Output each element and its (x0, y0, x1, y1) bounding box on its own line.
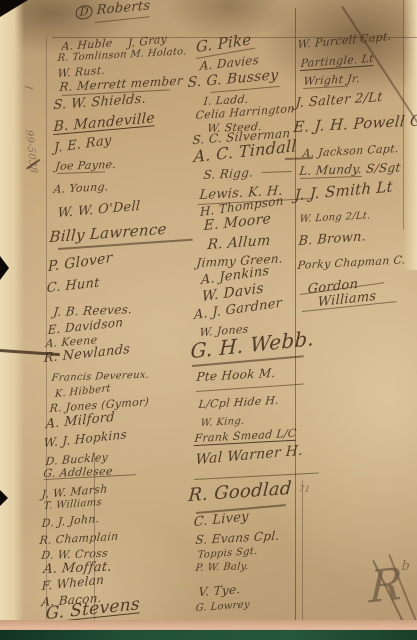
signature: R. Allum (207, 234, 271, 253)
signature: A. Young. (53, 181, 109, 195)
signature: W. W. O'Dell (57, 200, 140, 220)
signature: Partingle. Lt (300, 53, 374, 69)
signature: D. W. Cross (41, 548, 109, 561)
signature: G. Lowrey (195, 600, 250, 614)
signature: G. Addlesee (43, 466, 114, 479)
signature: R. Champlain (39, 531, 119, 546)
signature: C. Livey (194, 510, 249, 529)
signature: C. Hunt (47, 276, 100, 295)
signature: A. Jackson Capt. (302, 143, 399, 159)
signature: W. King. (200, 417, 245, 429)
photo-of-signature-sheet: D Roberts I 99-5038 A. HubleJ. GrayR. To… (0, 0, 417, 640)
table-surface (0, 630, 417, 640)
signature: R. Goodlad (188, 480, 293, 505)
signature: Wright Jr. (303, 73, 360, 87)
signature: P. W. Baly. (195, 562, 249, 574)
signature: D. J. John. (41, 513, 99, 529)
signature: J. Salter 2/Lt (295, 91, 383, 110)
signature: W. J. Hopkins (44, 428, 128, 449)
signature: B. Brown. (298, 230, 367, 248)
header-initial: D (75, 5, 93, 21)
signature: Frank Smead L/C (194, 428, 297, 444)
ink-stroke (302, 480, 303, 632)
signature: W. Purcell Capt. (297, 31, 391, 50)
margin-archival-number-line1: I (22, 85, 32, 90)
signature: Wal Warner H. (195, 444, 303, 468)
signature: Porky Chapman C. (297, 254, 406, 271)
signature: B. Mandeville (53, 111, 155, 134)
signature: L. Mundy. S/Sgt (299, 161, 402, 177)
header-name: Roberts (96, 0, 150, 17)
signature: W. Rust. (57, 65, 105, 79)
signature: P. Glover (48, 251, 113, 274)
signature: L/Cpl Hide H. (198, 395, 279, 410)
signature: V. Tye. (198, 583, 241, 598)
ink-stroke (196, 383, 304, 392)
signature: Toppis Sgt. (197, 547, 258, 561)
signature: Joe Payne. (55, 159, 117, 172)
page-edge-right (403, 0, 417, 270)
signature: Francis Devereux. (51, 371, 150, 384)
signature: E. Davidson (48, 316, 124, 336)
signature: S. Rigg. (203, 166, 254, 181)
signature: Pte Hook M. (196, 367, 276, 383)
signature: G. Pike (196, 32, 251, 55)
page-edge-left (0, 0, 24, 632)
signature: S. Evans Cpl. (195, 530, 280, 546)
signature: J. E. Ray (54, 134, 112, 155)
ink-stroke (262, 171, 292, 173)
pencil-mark: R (368, 563, 403, 611)
signature: E. J. H. Powell Col. (293, 112, 417, 135)
pencil-mark: 71 (298, 486, 311, 495)
signature: J. J. Smith Lt (294, 179, 393, 203)
signature: W. Long 2/Lt. (299, 211, 371, 225)
ink-stroke (194, 472, 319, 480)
